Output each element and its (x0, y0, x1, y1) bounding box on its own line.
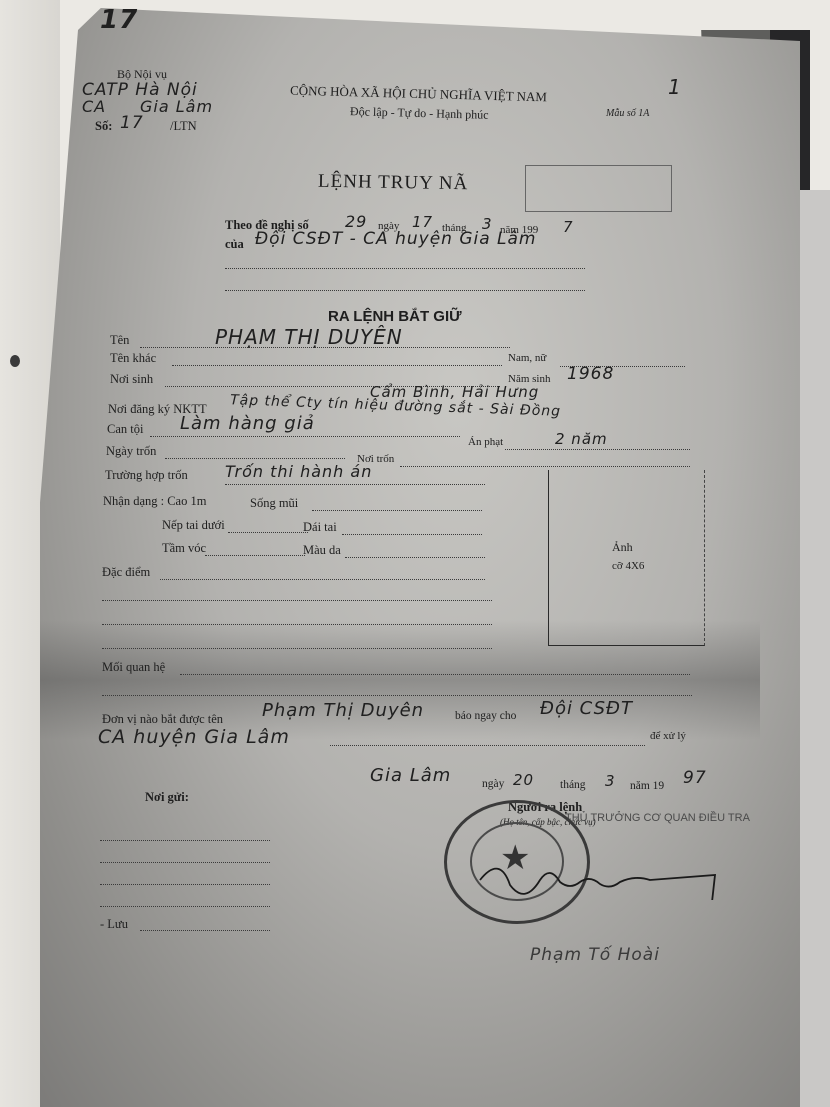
name-value: PHẠM THỊ DUYÊN (215, 325, 403, 349)
report-value-line2: CA huyện Gia Lâm (98, 726, 290, 748)
dotted-line (225, 484, 485, 485)
birthplace-label: Nơi sinh (110, 372, 153, 387)
dotted-line (100, 906, 270, 907)
signature (470, 860, 720, 900)
earlobe-label: Dái tai (303, 520, 337, 535)
dotted-line (180, 674, 690, 675)
dotted-line (100, 884, 270, 885)
form-code: Mẫu số 1A (606, 108, 649, 119)
dotted-line (225, 290, 585, 291)
dotted-line (228, 532, 308, 533)
relations-label: Mối quan hệ (102, 660, 165, 675)
crime-label: Can tội (107, 422, 143, 437)
name-label: Tên (110, 333, 129, 348)
page-number: 1 (668, 75, 682, 99)
record-number-box (525, 165, 672, 212)
issue-day: 20 (513, 771, 534, 789)
arrest-notice-prefix: Đơn vị nào bắt được tên (102, 712, 223, 727)
features-label: Đặc điểm (102, 565, 150, 580)
crime-value: Làm hàng giả (180, 413, 315, 434)
issuer-agency-prefix: CA (82, 97, 106, 116)
escape-date-label: Ngày trốn (106, 444, 156, 459)
issue-month-label: tháng (560, 779, 586, 791)
sex-label: Nam, nữ (508, 352, 546, 364)
nose-label: Sống mũi (250, 496, 298, 511)
dotted-line (165, 458, 345, 459)
dotted-line (225, 268, 585, 269)
photo-label: Ảnh (612, 540, 633, 555)
dotted-line (150, 436, 460, 437)
dotted-line (205, 555, 305, 556)
dotted-line (160, 579, 485, 580)
arrest-notice-suffix: để xử lý (650, 730, 686, 742)
issue-place: Gia Lâm (370, 765, 451, 786)
issue-year-digits: 97 (683, 768, 707, 788)
arrest-notice-name: Phạm Thị Duyên (262, 700, 424, 721)
dotted-line (400, 466, 690, 467)
alias-label: Tên khác (110, 351, 156, 366)
sentence-label: Án phạt (468, 436, 503, 448)
document-title: LỆNH TRUY NÃ (318, 171, 469, 196)
number-value: 17 (120, 113, 144, 133)
dotted-line (102, 695, 692, 696)
recipients-label: Nơi gửi: (145, 790, 189, 805)
dotted-line (342, 534, 482, 535)
height-label: Nhận dạng : Cao 1m (103, 494, 206, 509)
dotted-line (100, 840, 270, 841)
escape-case-label: Trường hợp trốn (105, 468, 188, 483)
sentence-value: 2 năm (555, 430, 608, 448)
number-suffix: /LTN (170, 119, 197, 134)
binder-hole (10, 355, 20, 367)
escape-case-value: Trốn thi hành án (225, 462, 372, 481)
dotted-line (505, 449, 690, 450)
dotted-line (140, 930, 270, 931)
background-right-edge (795, 190, 830, 1107)
dotted-line (330, 745, 645, 746)
order-heading: RA LỆNH BẮT GIỮ (328, 308, 462, 325)
proposal-of-label: của (225, 237, 244, 252)
signed-name: Phạm Tố Hoài (530, 945, 660, 965)
report-label: báo ngay cho (455, 710, 516, 722)
dotted-line (102, 648, 492, 649)
birthyear-value: 1968 (567, 364, 614, 384)
dotted-line (102, 600, 492, 601)
dotted-line (312, 510, 482, 511)
skin-label: Màu da (303, 543, 341, 558)
report-value: Đội CSĐT (540, 698, 633, 719)
top-annotation: 17 (100, 5, 138, 35)
photo-size: cỡ 4X6 (612, 560, 644, 572)
proposal-year-digit: 7 (563, 218, 574, 236)
build-label: Tầm vóc (162, 541, 206, 556)
dotted-line (172, 365, 502, 366)
number-label: Số: (95, 119, 112, 134)
dotted-line (100, 862, 270, 863)
proposal-of-value: Đội CSĐT - CA huyện Gia Lâm (255, 229, 537, 249)
photo-placeholder (548, 470, 705, 646)
issue-year-label: năm 19 (630, 780, 664, 792)
issue-month: 3 (605, 772, 616, 790)
issue-day-label: ngày (482, 778, 504, 790)
dotted-line (102, 624, 492, 625)
issuer-agency-line2: Gia Lâm (140, 97, 213, 116)
ear-fold-label: Nếp tai dưới (162, 518, 225, 533)
archive-label: - Lưu (100, 917, 128, 932)
dotted-line (345, 557, 485, 558)
